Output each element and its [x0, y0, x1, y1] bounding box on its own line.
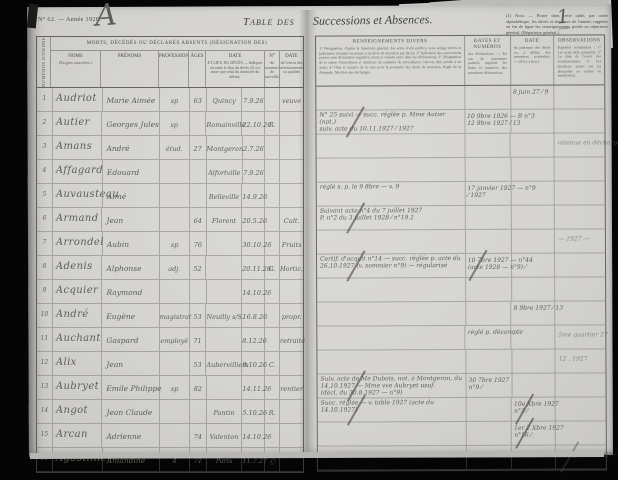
cell-prenoms: Marie Aimée — [103, 88, 161, 111]
cell-dates-numeros — [466, 158, 512, 181]
cell-dates-numeros — [466, 230, 512, 253]
cell-age — [190, 400, 207, 423]
cell-observations — [555, 253, 605, 276]
table-row: retenue en décharge — [316, 133, 604, 158]
cell-numero: 3 — [37, 136, 53, 159]
page-title-right: Successions et Absences. — [313, 12, 433, 29]
cell-date-paiement — [512, 326, 556, 349]
cell-renseignements: Suivant acte n°4 du 7 juillet 1927 P. n°… — [317, 206, 466, 230]
cell-nom: Amans — [53, 136, 103, 159]
cell-date-deces: 2.7.26 — [243, 136, 266, 159]
cell-nom: Alix — [53, 352, 103, 375]
cell-dates-numeros — [465, 134, 511, 157]
cell-lieu — [207, 280, 243, 303]
table-row — [317, 157, 605, 182]
cell-date-deces: 14.10.26 — [242, 280, 265, 303]
column-header-sommier: N° du sommier de surveillance — [265, 51, 280, 87]
table-row: 12 . 1927 — [317, 349, 605, 374]
table-row: 4 Affagard Edouard Alfortville 7.9.26 — [37, 160, 303, 184]
cell-observations: retenue en décharge — [554, 133, 604, 156]
cell-dates-numeros — [467, 422, 513, 445]
cell-nom: Affagard — [53, 160, 103, 183]
table-row: 5 Auvausteau Aimé Belleville 14.9.26 — [37, 184, 303, 208]
table-row: 8 juin 27 ⁄ 9 — [316, 85, 604, 110]
cell-date-paiement — [512, 374, 556, 397]
cell-numero: 1 — [37, 88, 53, 111]
cell-age — [190, 160, 207, 183]
cell-lieu: Alfortville — [207, 160, 243, 183]
cell-date-paiement: 10e Xbre 1927 n°3 ⁄ — [512, 398, 556, 421]
cell-prenoms: Emile Philippe — [102, 376, 160, 399]
cell-lieu: Montgeron — [207, 136, 243, 159]
cell-profession: sp — [160, 376, 190, 399]
column-header-observations: OBSERVATIONS Rappeler notamment : 1° Les… — [554, 35, 604, 84]
cell-renseignements — [317, 350, 466, 374]
cell-observations — [555, 205, 605, 228]
cell-profession: employé — [160, 328, 190, 351]
column-header-noms: NOMS (En gros caractères.) — [51, 51, 101, 87]
table-row: 3 Amans André étud. 27 Montgeron 2.7.26 — [37, 136, 303, 160]
cell-lieu: Pantin — [207, 400, 243, 423]
cell-date-deces: 14.11.26 — [242, 376, 265, 399]
cell-nom: Auchant — [53, 328, 103, 351]
cell-date-paiement — [511, 206, 555, 229]
cell-lieu: Belleville — [207, 184, 243, 207]
left-table-header: NUMÉROS D'ORDRE MORTS, DÉCÉDÉS OU DÉCLAR… — [37, 37, 303, 88]
table-row: 11 Auchant Gaspard employé 71 8.12.26 re… — [37, 328, 303, 352]
cell-renseignements: N° 25 suivi — succ. réglée p. Mme Autier… — [316, 110, 465, 134]
cell-observations — [555, 277, 605, 300]
cell-date-paiement — [511, 182, 555, 205]
cell-profession: étud. — [160, 136, 190, 159]
header-banner: MORTS, DÉCÉDÉS OU DÉCLARÉS ABSENTS (DÉSI… — [51, 37, 303, 51]
cell-numero: 14 — [37, 400, 53, 423]
cell-prenoms: Aubin — [103, 232, 160, 255]
cell-dates-numeros: 10 7bre 1927 — n°44 (acte 1928 — n°9) ⁄ — [466, 254, 512, 277]
cell-date-deces: 7.9.26 — [242, 88, 265, 111]
column-header-ages: ÂGES — [189, 51, 206, 87]
cell-profession — [160, 400, 190, 423]
cell-profession — [160, 160, 190, 183]
cell-numero: 16 — [37, 448, 53, 471]
cell-nom: Aubryet — [53, 376, 102, 399]
cell-observations: 5me quartier 27 — [555, 325, 605, 348]
cell-lieu: Valenton — [207, 424, 243, 447]
cell-observations — [556, 421, 606, 444]
cell-date-deces: 30.10.26 — [242, 232, 265, 255]
cell-prenoms: Georges Jules — [102, 112, 160, 135]
cell-observations — [555, 181, 605, 204]
cell-age — [190, 280, 207, 303]
cell-lieu: Quincy — [207, 88, 243, 111]
cell-dates-numeros: 10 9bre 1926 — B n°3 12 9bre 1927 ⁄ 13 — [465, 110, 511, 133]
cell-nom: Auvausteau — [53, 184, 103, 207]
table-row: Enreg. 8bre 1927 ⁄ n°11 — [318, 445, 606, 470]
cell-profession: sp — [160, 232, 190, 255]
scanned-register-page: N° 62. — Année 1926. A Table des Success… — [0, 0, 618, 480]
table-row: 1er 2 Xbre 1927 n°16 ⁄ — [318, 421, 606, 446]
cell-renseignements — [317, 278, 466, 302]
cell-profession — [160, 184, 190, 207]
cell-date-deces: 22.10.26 — [242, 112, 265, 135]
cell-date-paiement — [512, 230, 556, 253]
cell-renseignements — [317, 158, 466, 182]
cell-prenoms: Edouard — [103, 160, 160, 183]
cell-dates-numeros — [465, 86, 511, 109]
cell-sommier: R. — [265, 112, 280, 135]
page-title-left: Table des — [243, 16, 295, 28]
cell-prenoms: Adrienne — [102, 424, 160, 447]
cell-renseignements — [317, 230, 466, 254]
cell-profession: magistrat — [160, 304, 190, 327]
cell-renseignements — [317, 302, 466, 326]
cell-renseignements: Suiv. acte de Me Dubois, not. à Montgero… — [318, 374, 467, 398]
cell-date-paiement: 1er 2 Xbre 1927 n°16 ⁄ — [512, 422, 556, 445]
table-row — [317, 277, 605, 302]
cell-dates-numeros — [466, 398, 512, 421]
cell-prenoms: Jean — [102, 208, 160, 231]
cell-renseignements: réglé s. p. le 9 8bre — v. 9 — [317, 182, 466, 206]
form-number: N° 62. — Année 1926. — [38, 17, 101, 23]
cell-prenoms: Eugène — [102, 304, 159, 327]
cell-prenoms: Jean — [102, 352, 159, 375]
table-row: 14 Angot Jean Claude Pantin 5.10.26 R. — [37, 400, 303, 424]
cell-numero: 11 — [37, 328, 53, 351]
cell-date-deces: 5.10.26 — [242, 400, 265, 423]
cell-observations — [556, 373, 606, 396]
cell-profession: sp — [160, 112, 190, 135]
column-header-date-paiement: DATE du paiement des droits ou, à défaut… — [511, 36, 555, 85]
cell-observations — [555, 109, 605, 132]
right-page-table: RENSEIGNEMENTS DIVERS 1° Désignation, d'… — [315, 34, 607, 471]
cell-lieu — [206, 328, 242, 351]
cell-sommier — [265, 160, 280, 183]
table-row: 2 Autier Georges Jules sp Romainville 22… — [37, 112, 303, 136]
cell-sommier — [265, 280, 280, 303]
cell-date-deces: 9.10.26 — [242, 352, 265, 375]
cell-prenoms: Gaspard — [102, 328, 159, 351]
cell-numero: 2 — [37, 112, 53, 135]
cell-nom: Audriot — [53, 88, 103, 111]
cell-profession — [160, 424, 190, 447]
cell-date-paiement — [512, 254, 556, 277]
column-header-dates-numeros: DATES ET NUMÉROS des déclarations. — En … — [465, 36, 511, 85]
cell-renseignements — [318, 422, 467, 446]
cell-renseignements: Succ. réglée — v. table 1927 (acte du 14… — [318, 398, 467, 422]
cell-lieu — [206, 256, 242, 279]
cell-observations — [555, 157, 605, 180]
cell-sommier — [265, 232, 280, 255]
cell-date-deces: 20.5.26 — [242, 208, 265, 231]
cell-age: 53 — [190, 352, 207, 375]
cell-renseignements — [317, 326, 466, 350]
cell-profession: sp — [160, 88, 190, 111]
cell-numero: 5 — [37, 184, 53, 207]
cell-dates-numeros — [466, 278, 512, 301]
cell-nom: Arcan — [53, 424, 103, 447]
table-row: — 1927 — — [317, 229, 605, 254]
table-row: Suivant acte n°4 du 7 juillet 1927 P. n°… — [317, 205, 605, 230]
cell-nom: André — [53, 304, 102, 327]
cell-sommier: R. — [265, 400, 280, 423]
cell-profession: 4 — [160, 448, 190, 471]
table-row: 1 Audriot Marie Aimée sp 63 Quincy 7.9.2… — [37, 88, 303, 112]
cell-numero: 15 — [37, 424, 53, 447]
cell-age: 53 — [190, 304, 207, 327]
right-table-header: RENSEIGNEMENTS DIVERS 1° Désignation, d'… — [316, 35, 604, 86]
cell-numero: 7 — [37, 232, 53, 255]
cell-profession — [160, 280, 190, 303]
cell-date-paiement — [511, 134, 555, 157]
cell-age — [190, 112, 207, 135]
cell-prenoms: Alphonse — [102, 256, 159, 279]
cell-lieu — [207, 232, 243, 255]
cell-sommier — [265, 376, 280, 399]
cell-nom: Armand — [53, 208, 103, 231]
cell-age: 82 — [190, 376, 207, 399]
cell-nom: Agostinier — [53, 448, 103, 471]
cell-dates-numeros — [466, 206, 512, 229]
cell-numero: 13 — [37, 376, 53, 399]
table-row: 15 Arcan Adrienne 74 Valenton 14.10.26 — [37, 424, 303, 448]
cell-prenoms: Amandine — [103, 448, 160, 471]
cell-renseignements — [316, 134, 465, 158]
table-row: réglé s. p. le 9 8bre — v. 9 17 janvier … — [317, 181, 605, 206]
cell-numero: 12 — [37, 352, 53, 375]
cell-date-paiement — [512, 350, 556, 373]
cell-prenoms: Jean Claude — [102, 400, 160, 423]
cell-age: 64 — [190, 208, 207, 231]
table-row: 7 Arrondel Aubin sp 76 30.10.26 Fruits — [37, 232, 303, 256]
cell-numero: 9 — [37, 280, 53, 303]
column-header-prenoms: PRÉNOMS — [101, 51, 159, 87]
table-row: 6 Armand Jean 64 Florent 20.5.26 Cult. — [37, 208, 303, 232]
cell-age — [190, 184, 207, 207]
cell-lieu: Romainville — [206, 112, 242, 135]
column-header-ordre: NUMÉROS D'ORDRE — [37, 37, 51, 87]
cell-prenoms: André — [102, 136, 160, 159]
cell-age: 71 — [190, 328, 207, 351]
cell-nom: Acquier — [53, 280, 103, 303]
cell-sommier — [265, 208, 280, 231]
cell-observations — [555, 85, 605, 108]
cell-renseignements: Certif. d'acquit n°14 — succ. réglée p. … — [317, 254, 466, 278]
cell-date-paiement: 8 9bre 1927 ⁄ 13 — [512, 302, 556, 325]
cell-renseignements — [316, 86, 465, 110]
cell-numero: 6 — [37, 208, 53, 231]
handwritten-letter-a: A — [94, 0, 118, 34]
cell-date-deces: 20.11.26 — [242, 256, 265, 279]
table-row: réglé p. décompte 5me quartier 27 — [317, 325, 605, 350]
cell-nom: Angot — [53, 400, 103, 423]
table-row: Certif. d'acquit n°14 — succ. réglée p. … — [317, 253, 605, 278]
cell-dates-numeros — [466, 350, 512, 373]
cell-observations: 12 . 1927 — [556, 349, 606, 372]
cell-profession — [160, 352, 190, 375]
printed-nota: (1) Nota. — Porter dans cette table, par… — [506, 13, 608, 36]
cell-observations — [556, 397, 606, 420]
cell-date-paiement — [511, 158, 555, 181]
cell-lieu: Aubervilliers — [206, 352, 242, 375]
cell-dates-numeros: 17 janvier 1927 — n°9 ⁄ 1927 — [465, 182, 511, 205]
cell-lieu: Neuilly s/S. — [206, 304, 242, 327]
cell-lieu — [207, 376, 243, 399]
table-row: 12 Alix Jean 53 Aubervilliers 9.10.26 C. — [37, 352, 303, 376]
cell-nom: Autier — [53, 112, 103, 135]
cell-sommier: G. — [265, 256, 280, 279]
table-row: Suiv. acte de Me Dubois, not. à Montgero… — [318, 373, 606, 398]
cell-date-deces: 16.8.26 — [242, 304, 265, 327]
cell-sommier: C. — [265, 352, 280, 375]
table-row: 13 Aubryet Emile Philippe sp 82 14.11.26… — [37, 376, 303, 400]
cell-age: 52 — [190, 256, 207, 279]
cell-sommier — [265, 88, 280, 111]
book-fold-shadow — [299, 10, 317, 454]
cell-lieu: Florent — [207, 208, 243, 231]
cell-prenoms: Aimé — [103, 184, 160, 207]
cell-age: 76 — [190, 232, 207, 255]
cell-age: 63 — [190, 88, 207, 111]
cell-sommier — [265, 328, 280, 351]
cell-sommier — [265, 304, 280, 327]
table-row: 10 André Eugène magistrat 53 Neuilly s/S… — [37, 304, 303, 328]
left-page-table: NUMÉROS D'ORDRE MORTS, DÉCÉDÉS OU DÉCLAR… — [36, 36, 304, 473]
cell-date-deces: 7.9.26 — [243, 160, 266, 183]
cell-age: 74 — [190, 424, 207, 447]
cell-numero: 8 — [37, 256, 53, 279]
cell-profession — [160, 208, 190, 231]
cell-dates-numeros: 30 7bre 1927 n°9 ⁄ — [466, 374, 512, 397]
cell-dates-numeros: réglé p. décompte — [466, 326, 512, 349]
cell-sommier — [265, 424, 280, 447]
column-header-renseignements: RENSEIGNEMENTS DIVERS 1° Désignation, d'… — [316, 36, 465, 86]
cell-nom: Arrondel — [53, 232, 103, 255]
cell-nom: Adenis — [53, 256, 103, 279]
cell-date-deces: 8.12.26 — [242, 328, 265, 351]
cell-date-paiement — [512, 278, 556, 301]
cell-date-deces: 14.9.26 — [242, 184, 265, 207]
table-row: 8 9bre 1927 ⁄ 13 — [317, 301, 605, 326]
cell-date-paiement — [511, 110, 555, 133]
cell-numero: 10 — [37, 304, 53, 327]
table-row: Succ. réglée — v. table 1927 (acte du 14… — [318, 397, 606, 422]
cell-observations — [556, 301, 606, 324]
cell-date-deces: 14.10.26 — [242, 424, 265, 447]
cell-dates-numeros — [466, 302, 512, 325]
column-header-professions: PROFESSIONS — [159, 51, 189, 87]
table-row: N° 25 suivi — succ. réglée p. Mme Autier… — [316, 109, 604, 134]
column-header-date-lieu: DATE ET LIEU DU DÉCÈS — Indiquer en outr… — [206, 51, 265, 87]
cell-observations: — 1927 — — [555, 229, 605, 252]
cell-sommier — [265, 136, 280, 159]
cell-profession: adj. — [160, 256, 190, 279]
cell-prenoms: Raymond — [102, 280, 160, 303]
table-row: 9 Acquier Raymond 14.10.26 — [37, 280, 303, 304]
table-row: 8 Adenis Alphonse adj. 52 20.11.26 G. Ho… — [37, 256, 303, 280]
cell-date-paiement: 8 juin 27 ⁄ 9 — [511, 86, 555, 109]
cell-numero: 4 — [37, 160, 53, 183]
cell-age: 27 — [190, 136, 207, 159]
cell-sommier — [265, 184, 280, 207]
